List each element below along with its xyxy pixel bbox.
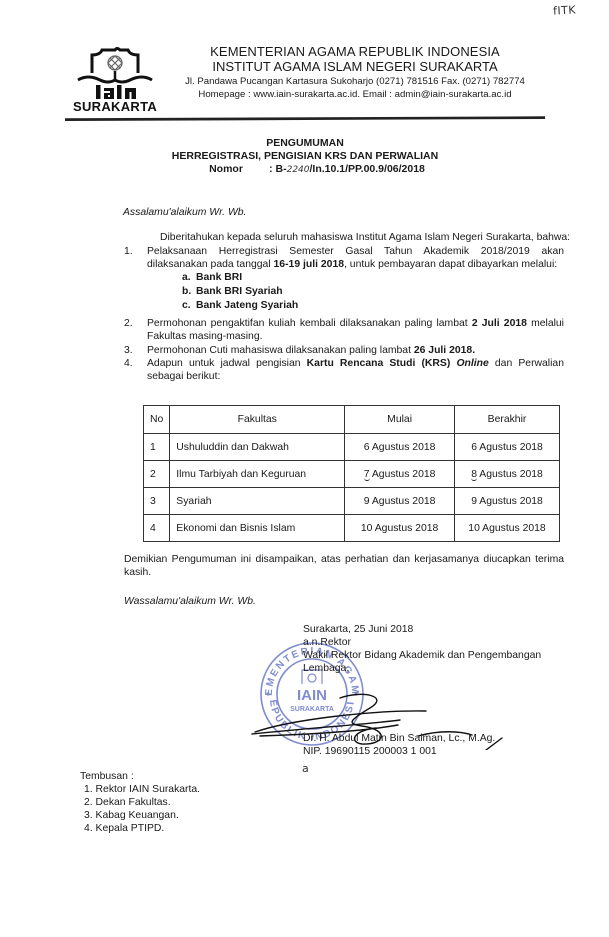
letterhead-text: KEMENTERIAN AGAMA REPUBLIK INDONESIA INS… bbox=[150, 44, 560, 101]
on-behalf: a.n.Rektor bbox=[303, 636, 541, 649]
item-number: 3. bbox=[124, 344, 133, 357]
closing-paragraph: Demikian Pengumuman ini disampaikan, ata… bbox=[124, 553, 564, 579]
item-date: 2 Juli 2018 bbox=[472, 318, 527, 329]
cell-berakhir: 10 Agustus 2018 bbox=[455, 515, 560, 542]
header-mulai: Mulai bbox=[345, 406, 455, 434]
item-number: 1. bbox=[124, 245, 133, 258]
farewell: Wassalamu'alaikum Wr. Wb. bbox=[124, 595, 256, 608]
table-row: 4 Ekonomi dan Bisnis Islam 10 Agustus 20… bbox=[144, 515, 560, 542]
cell-no: 4 bbox=[144, 515, 170, 542]
cell-mulai: 6 Agustus 2018 bbox=[345, 434, 455, 461]
signatory-position-2: Lembaga, bbox=[303, 662, 541, 675]
list-item: 3. Permohonan Cuti mahasiswa dilaksanaka… bbox=[124, 344, 564, 357]
list-item: 1. Pelaksanaan Herregistrasi Semester Ga… bbox=[124, 245, 564, 271]
cell-fakultas: Syariah bbox=[170, 488, 345, 515]
announcement-title: PENGUMUMAN HERREGISTRASI, PENGISIAN KRS … bbox=[100, 137, 510, 177]
nomor-label: Nomor bbox=[209, 163, 269, 176]
cell-no: 2 bbox=[144, 461, 170, 488]
item-emphasis-italic: Online bbox=[456, 358, 488, 369]
cell-fakultas: Ilmu Tarbiyah dan Keguruan bbox=[170, 461, 345, 488]
table-row: 1 Ushuluddin dan Dakwah 6 Agustus 2018 6… bbox=[144, 434, 560, 461]
tembusan-label: Tembusan : bbox=[80, 770, 200, 783]
tembusan-item: 1. Rektor IAIN Surakarta. bbox=[80, 783, 200, 796]
cell-fakultas: Ekonomi dan Bisnis Islam bbox=[170, 515, 345, 542]
bank-item: c.Bank Jateng Syariah bbox=[182, 299, 298, 313]
tembusan-item: 2. Dekan Fakultas. bbox=[80, 796, 200, 809]
cell-berakhir: 8 Agustus 2018 bbox=[455, 461, 560, 488]
signatory-position: Wakil Rektor Bidang Akademik dan Pengemb… bbox=[303, 649, 541, 662]
list-item: 2. Permohonan pengaktifan kuliah kembali… bbox=[124, 317, 564, 343]
signatory-name: Dr. H. Abdul Matin Bin Salman, Lc., M.Ag… bbox=[303, 732, 495, 745]
bank-list: a.Bank BRI b.Bank BRI Syariah c.Bank Jat… bbox=[182, 271, 298, 313]
item-text: Permohonan Cuti mahasiswa dilaksanakan p… bbox=[147, 345, 414, 356]
signatory: Dr. H. Abdul Matin Bin Salman, Lc., M.Ag… bbox=[303, 732, 495, 758]
krs-schedule-table: No Fakultas Mulai Berakhir 1 Ushuluddin … bbox=[143, 405, 560, 542]
greeting: Assalamu'alaikum Wr. Wb. bbox=[123, 206, 246, 219]
place-date: Surakarta, 25 Juni 2018 bbox=[303, 623, 541, 636]
cell-fakultas: Ushuluddin dan Dakwah bbox=[170, 434, 345, 461]
bank-item: a.Bank BRI bbox=[182, 271, 298, 285]
signatory-nip: NIP. 19690115 200003 1 001 bbox=[303, 745, 495, 758]
item-emphasis: Kartu Rencana Studi (KRS) bbox=[307, 358, 457, 369]
institute-name: INSTITUT AGAMA ISLAM NEGERI SURAKARTA bbox=[150, 59, 560, 74]
tembusan-item: 4. Kepala PTIPD. bbox=[80, 822, 200, 835]
item-date: 26 Juli 2018. bbox=[414, 345, 475, 356]
handwritten-initial: a bbox=[302, 762, 309, 775]
item-number: 2. bbox=[124, 317, 133, 330]
table-row: 2 Ilmu Tarbiyah dan Keguruan 7 Agustus 2… bbox=[144, 461, 560, 488]
ministry-name: KEMENTERIAN AGAMA REPUBLIK INDONESIA bbox=[150, 44, 560, 59]
signature-block: Surakarta, 25 Juni 2018 a.n.Rektor Wakil… bbox=[303, 623, 541, 675]
letterhead-divider bbox=[65, 116, 545, 121]
logo-wordmark: SURAKARTA bbox=[73, 99, 157, 114]
item-text: Permohonan pengaktifan kuliah kembali di… bbox=[147, 318, 472, 329]
nomor-suffix: /In.10.1/PP.00.9/06/2018 bbox=[310, 163, 425, 175]
list-item: 4. Adapun untuk jadwal pengisian Kartu R… bbox=[124, 357, 564, 383]
header-no: No bbox=[144, 406, 170, 434]
cell-mulai: 9 Agustus 2018 bbox=[345, 488, 455, 515]
bank-item: b.Bank BRI Syariah bbox=[182, 285, 298, 299]
header-fakultas: Fakultas bbox=[170, 406, 345, 434]
carbon-copy-list: Tembusan : 1. Rektor IAIN Surakarta. 2. … bbox=[80, 770, 200, 835]
header-berakhir: Berakhir bbox=[455, 406, 560, 434]
cell-mulai: 7 Agustus 2018 bbox=[345, 461, 455, 488]
handwritten-note: fITK bbox=[553, 3, 577, 17]
cell-no: 1 bbox=[144, 434, 170, 461]
address: Jl. Pandawa Pucangan Kartasura Sukoharjo… bbox=[150, 75, 560, 88]
title-line-2: HERREGISTRASI, PENGISIAN KRS DAN PERWALI… bbox=[100, 150, 510, 163]
title-line-1: PENGUMUMAN bbox=[100, 137, 510, 150]
tembusan-item: 3. Kabag Keuangan. bbox=[80, 809, 200, 822]
item-number: 4. bbox=[124, 357, 133, 370]
nomor-handwritten: 2240 bbox=[287, 165, 310, 175]
table-header-row: No Fakultas Mulai Berakhir bbox=[144, 406, 560, 434]
item-date: 16-19 juli 2018 bbox=[274, 259, 344, 270]
cell-berakhir: 6 Agustus 2018 bbox=[455, 434, 560, 461]
item-text: Adapun untuk jadwal pengisian bbox=[147, 358, 307, 369]
reference-number: Nomor: B-2240/In.10.1/PP.00.9/06/2018 bbox=[209, 163, 425, 177]
cell-berakhir: 9 Agustus 2018 bbox=[455, 488, 560, 515]
contact-info: Homepage : www.iain-surakarta.ac.id. Ema… bbox=[150, 88, 560, 101]
cell-no: 3 bbox=[144, 488, 170, 515]
intro-paragraph: Diberitahukan kepada seluruh mahasiswa I… bbox=[160, 231, 570, 244]
nomor-prefix: : B- bbox=[269, 163, 287, 175]
cell-mulai: 10 Agustus 2018 bbox=[345, 515, 455, 542]
item-text-end: , untuk pembayaran dapat dibayarkan mela… bbox=[344, 259, 557, 270]
table-row: 3 Syariah 9 Agustus 2018 9 Agustus 2018 bbox=[144, 488, 560, 515]
